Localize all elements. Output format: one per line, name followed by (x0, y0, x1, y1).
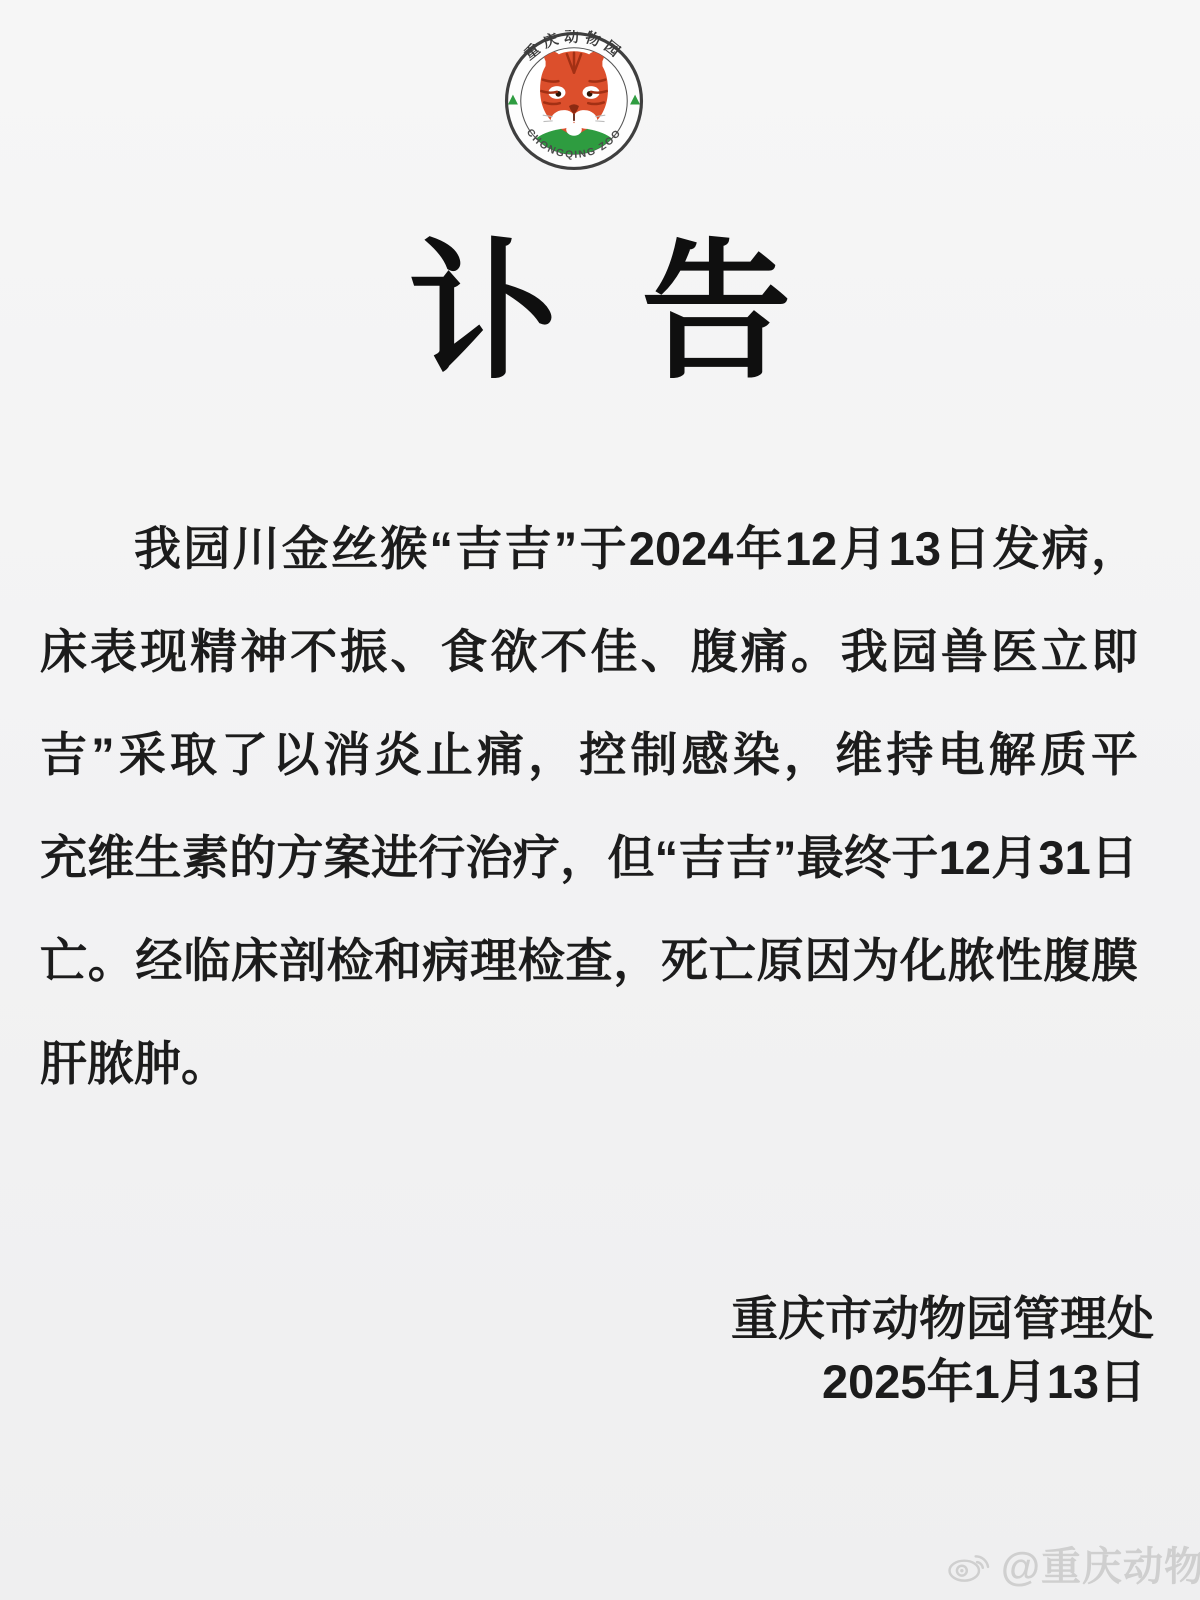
body-line: 床表现精神不振、食欲不佳、腹痛。我园兽医立即对“吉 (40, 600, 1138, 703)
notice-body: 我园川金丝猴“吉吉”于2024年12月13日发病，临 床表现精神不振、食欲不佳、… (40, 497, 1138, 1115)
chongqing-zoo-logo: 重庆动物园 CHONGQING ZOO (503, 30, 645, 172)
signature-org: 重庆市动物园管理处 (731, 1287, 1154, 1350)
zoo-emblem-graphic: 重庆动物园 CHONGQING ZOO (503, 30, 645, 172)
weibo-watermark: @重庆动物园 (946, 1535, 1200, 1592)
signature-date: 2025年1月13日 (731, 1350, 1154, 1413)
weibo-icon (946, 1545, 992, 1583)
body-line: 充维生素的方案进行治疗，但“吉吉”最终于12月31日死 (40, 806, 1138, 909)
body-line: 肝脓肿。 (40, 1012, 1138, 1115)
page-title: 讣告 (0, 222, 1200, 402)
watermark-handle: @重庆动物园 (1001, 1535, 1200, 1592)
body-line: 吉”采取了以消炎止痛，控制感染，维持电解质平衡，补 (40, 703, 1138, 806)
body-line: 我园川金丝猴“吉吉”于2024年12月13日发病，临 (40, 497, 1138, 600)
notice-page: 重庆动物园 CHONGQING ZOO 讣告 我园川金丝猴“吉吉”于2024年1… (0, 0, 1200, 1600)
signature-block: 重庆市动物园管理处 2025年1月13日 (731, 1287, 1154, 1413)
body-line: 亡。经临床剖检和病理检查，死亡原因为化脓性腹膜炎及 (40, 909, 1138, 1012)
